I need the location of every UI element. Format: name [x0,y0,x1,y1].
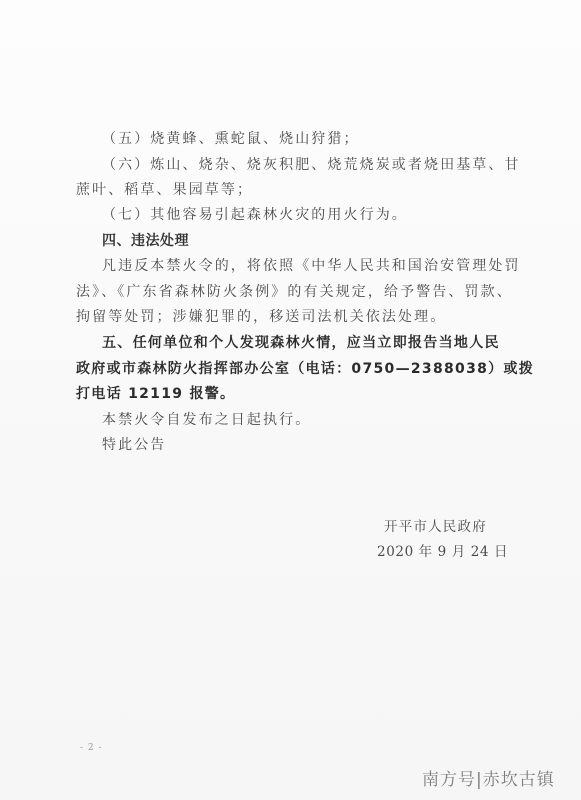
effective-statement: 本禁火令自发布之日起执行。 [102,411,311,429]
notice-closing: 特此公告 [102,436,166,454]
section-4-line-2: 法》、《广东省森林防火条例》的有关规定，给予警告、罚款、 [76,283,513,301]
section-5-line-1: 五、任何单位和个人发现森林火情，应当立即报告当地人民 [102,334,500,352]
item-6-line-2: 蔗叶、稻草、果园草等； [76,181,253,199]
section-4-line-1: 凡违反本禁火令的，将依照《中华人民共和国治安管理处罚 [102,257,521,275]
document-page: （五）烧黄蜂、熏蛇鼠、烧山狩猎； （六）炼山、烧杂、烧灰积肥、烧荒烧炭或者烧田基… [0,0,581,800]
section-5-line-2: 政府或市森林防火指挥部办公室（电话：0750—2388038）或拨 [76,360,534,378]
page-number: - 2 - [80,743,103,753]
section-4-heading: 四、违法处理 [102,232,189,250]
item-7: （七）其他容易引起森林火灾的用火行为。 [102,206,408,224]
section-5-line-3: 打电话 12119 报警。 [76,385,235,403]
item-5: （五）烧黄蜂、熏蛇鼠、烧山狩猎； [102,130,360,148]
issue-date: 2020 年 9 月 24 日 [377,543,508,561]
item-6-line-1: （六）炼山、烧杂、烧灰积肥、烧荒烧炭或者烧田基草、甘 [102,156,521,174]
issuer-signature: 开平市人民政府 [384,518,487,536]
section-4-line-3: 拘留等处罚；涉嫌犯罪的，移送司法机关依法处理。 [76,308,446,326]
source-watermark: 南方号|赤坎古镇 [422,765,555,790]
